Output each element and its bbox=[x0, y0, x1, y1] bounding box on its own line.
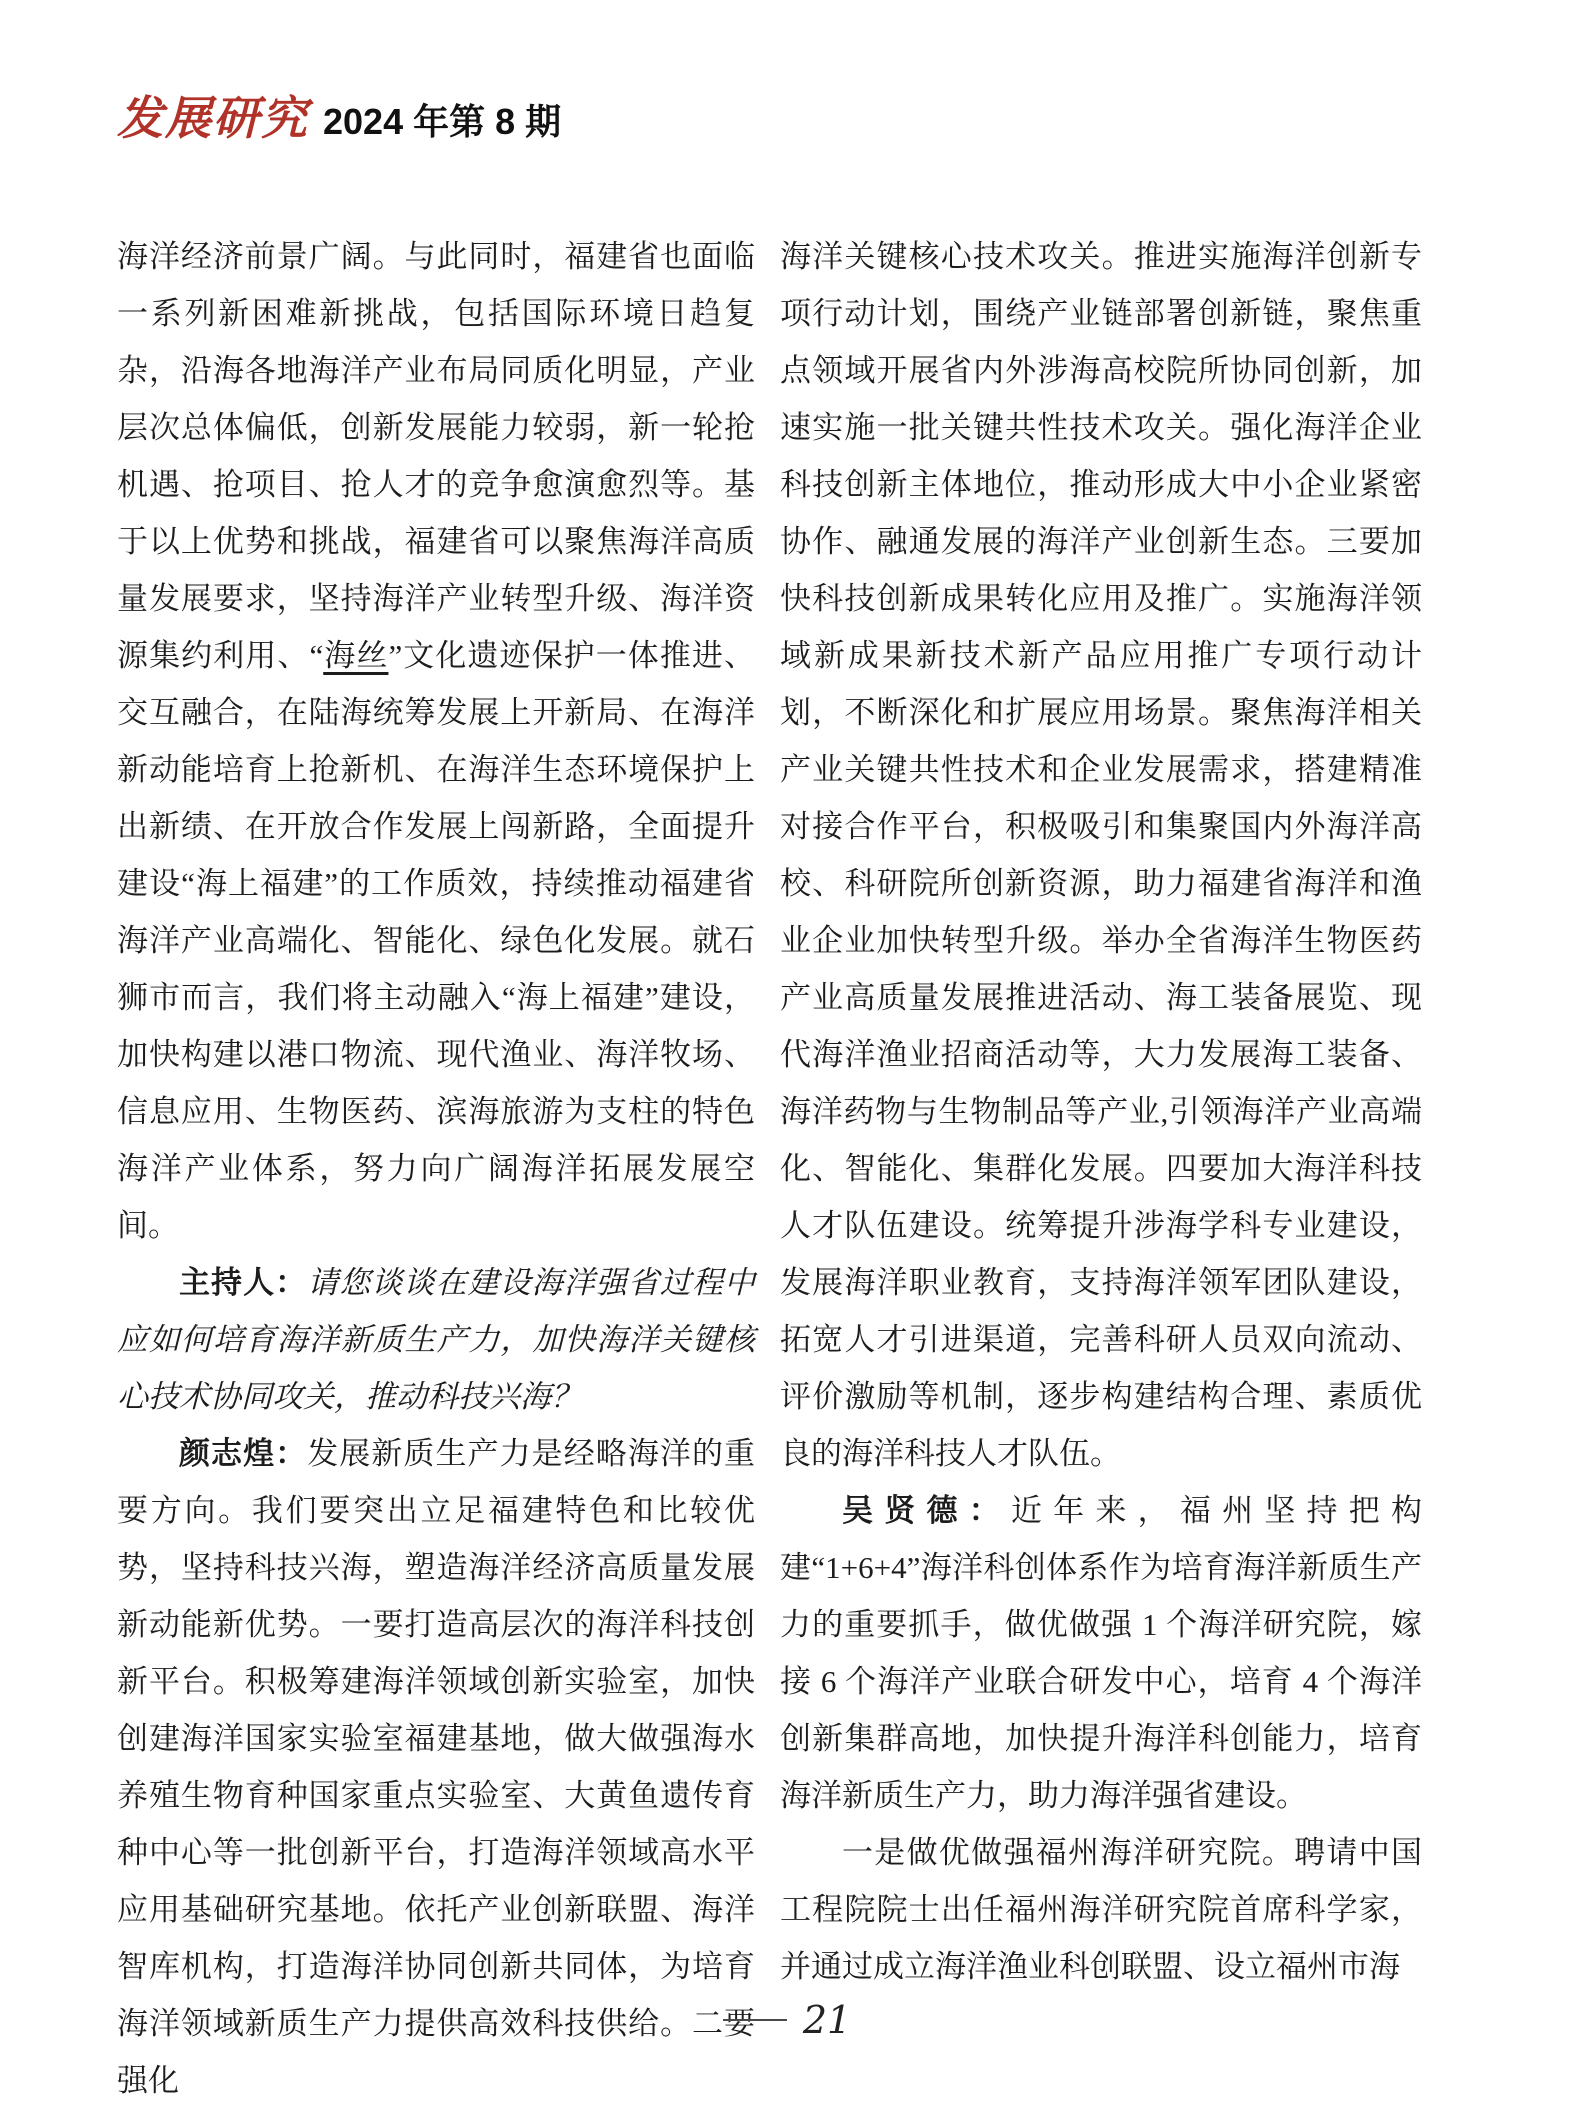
page-number-dash bbox=[723, 2019, 787, 2021]
speaker-name: 主持人： bbox=[179, 1265, 307, 1300]
issue-info: 2024 年第 8 期 bbox=[323, 94, 561, 145]
paragraph-continued-intro: 海洋经济前景广阔。与此同时，福建省也面临一系列新困难新挑战，包括国际环境日趋复杂… bbox=[117, 228, 755, 1254]
page-number: 21 bbox=[803, 1998, 851, 2042]
speaker-name: 吴贤德： bbox=[842, 1493, 1011, 1528]
text-segment: 海洋关键核心技术攻关。推进实施海洋创新专项行动计划，围绕产业链部署创新链，聚焦重… bbox=[780, 239, 1422, 1471]
paragraph-yanzhihuang-answer-continued: 海洋关键核心技术攻关。推进实施海洋创新专项行动计划，围绕产业链部署创新链，聚焦重… bbox=[780, 228, 1422, 1482]
text-segment: ”文化遗迹保护一体推进、交互融合，在陆海统筹发展上开新局、在海洋新动能培育上抢新… bbox=[117, 638, 755, 1243]
paragraph-wuxiande-answer: 吴贤德：近年来，福州坚持把构建“1+6+4”海洋科创体系作为培育海洋新质生产力的… bbox=[780, 1482, 1422, 1824]
text-segment: 海丝 bbox=[323, 638, 388, 673]
page-header: 发展研究 2024 年第 8 期 bbox=[117, 82, 561, 148]
page-footer: 21 bbox=[0, 1998, 1574, 2042]
speaker-name: 颜志煌： bbox=[179, 1436, 307, 1471]
journal-page: 发展研究 2024 年第 8 期 海洋经济前景广阔。与此同时，福建省也面临一系列… bbox=[0, 0, 1574, 2102]
text-segment: 近年来，福州坚持把构建“1+6+4”海洋科创体系作为培育海洋新质生产力的重要抓手… bbox=[780, 1493, 1422, 1813]
text-segment: 一是做优做强福州海洋研究院。聘请中国工程院院士出任福州海洋研究院首席科学家，并通… bbox=[780, 1835, 1422, 1984]
text-segment: 海洋经济前景广阔。与此同时，福建省也面临一系列新困难新挑战，包括国际环境日趋复杂… bbox=[117, 239, 755, 673]
left-text-column: 海洋经济前景广阔。与此同时，福建省也面临一系列新困难新挑战，包括国际环境日趋复杂… bbox=[117, 228, 755, 2102]
journal-name: 发展研究 bbox=[117, 82, 309, 148]
paragraph-host-question: 主持人：请您谈谈在建设海洋强省过程中应如何培育海洋新质生产力，加快海洋关键核心技… bbox=[117, 1254, 755, 1425]
paragraph-first-point: 一是做优做强福州海洋研究院。聘请中国工程院院士出任福州海洋研究院首席科学家，并通… bbox=[780, 1824, 1422, 1995]
right-text-column: 海洋关键核心技术攻关。推进实施海洋创新专项行动计划，围绕产业链部署创新链，聚焦重… bbox=[780, 228, 1422, 1995]
